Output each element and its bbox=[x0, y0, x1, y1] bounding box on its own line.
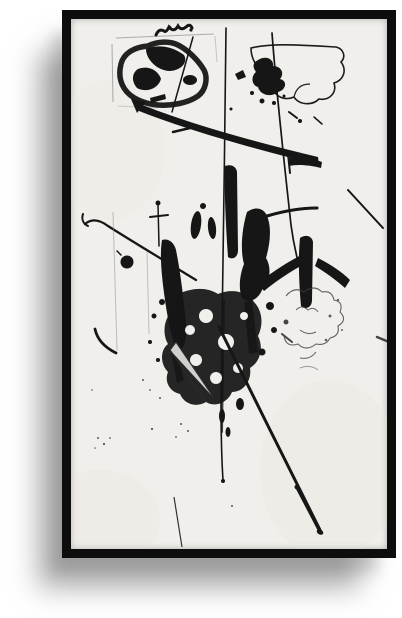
artwork-print bbox=[0, 0, 402, 618]
round-ink-dot bbox=[117, 251, 134, 269]
page-background bbox=[0, 0, 402, 618]
right-scribble-lobe bbox=[282, 288, 389, 370]
handwritten-scribble bbox=[156, 25, 193, 35]
short-bottom-line bbox=[174, 497, 182, 547]
top-right-outline-blob bbox=[235, 45, 344, 123]
crescent-stroke bbox=[95, 329, 116, 353]
